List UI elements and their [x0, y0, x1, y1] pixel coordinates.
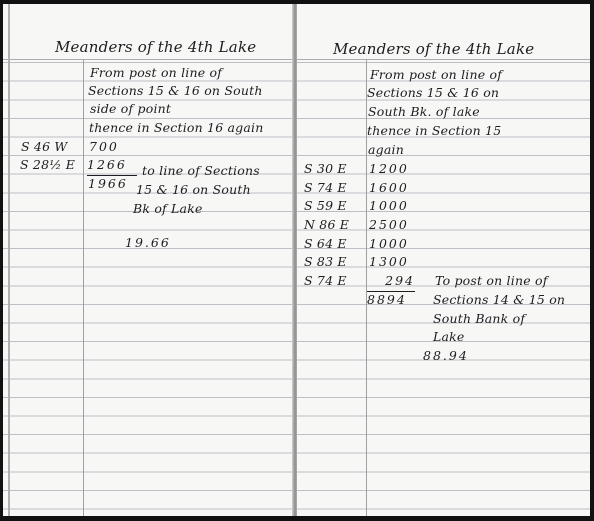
intro-line: thence in Section 15 [367, 122, 501, 141]
course-distance: 1200 [369, 160, 409, 179]
closing-note-line: Bk of Lake [133, 200, 203, 219]
closing-total: 19.66 [125, 234, 171, 253]
header-rule [3, 59, 293, 60]
course-distance: 2500 [369, 216, 409, 235]
closing-note-line: Sections 14 & 15 on [433, 291, 565, 310]
intro-line: thence in Section 16 again [89, 119, 263, 138]
course-bearing: N 86 E [304, 216, 349, 235]
left-page: Meanders of the 4th Lake From post on li… [3, 4, 293, 516]
course-total: 8894 [367, 291, 407, 310]
intro-line: Sections 15 & 16 on South [88, 82, 263, 101]
intro-line: Sections 15 & 16 on [367, 84, 499, 103]
page-title: Meanders of the 4th Lake [333, 40, 534, 59]
course-distance: 1266 [87, 156, 137, 176]
course-bearing: S 28½ E [20, 156, 75, 175]
closing-note-line: Lake [433, 328, 465, 347]
column-rule [83, 59, 84, 516]
course-bearing: S 30 E [304, 160, 347, 179]
closing-total: 88.94 [423, 347, 469, 366]
course-distance: 1600 [369, 179, 409, 198]
course-bearing: S 46 W [21, 138, 67, 157]
course-bearing: S 74 E [304, 272, 347, 291]
course-distance: 1000 [369, 197, 409, 216]
course-bearing: S 64 E [304, 235, 347, 254]
course-distance: 700 [89, 138, 119, 157]
margin-line [8, 4, 10, 516]
closing-note-line: 15 & 16 on South [136, 181, 251, 200]
page-title: Meanders of the 4th Lake [55, 38, 256, 57]
intro-line: side of point [90, 100, 171, 119]
course-distance: 1300 [369, 253, 409, 272]
course-distance: 294 [367, 272, 415, 292]
intro-line: From post on line of [370, 66, 502, 85]
intro-line: From post on line of [90, 64, 222, 83]
closing-note-line: To post on line of [435, 272, 548, 291]
field-notebook-spread: Meanders of the 4th Lake From post on li… [0, 0, 594, 521]
closing-note-line: to line of Sections [142, 162, 260, 181]
intro-line: again [368, 141, 404, 160]
header-rule [297, 59, 590, 60]
course-total: 1966 [88, 175, 128, 194]
course-bearing: S 59 E [304, 197, 347, 216]
closing-note-line: South Bank of [433, 310, 525, 329]
intro-line: South Bk. of lake [368, 103, 480, 122]
course-distance: 1000 [369, 235, 409, 254]
course-bearing: S 83 E [304, 253, 347, 272]
course-bearing: S 74 E [304, 179, 347, 198]
right-page: Meanders of the 4th Lake From post on li… [297, 4, 590, 516]
